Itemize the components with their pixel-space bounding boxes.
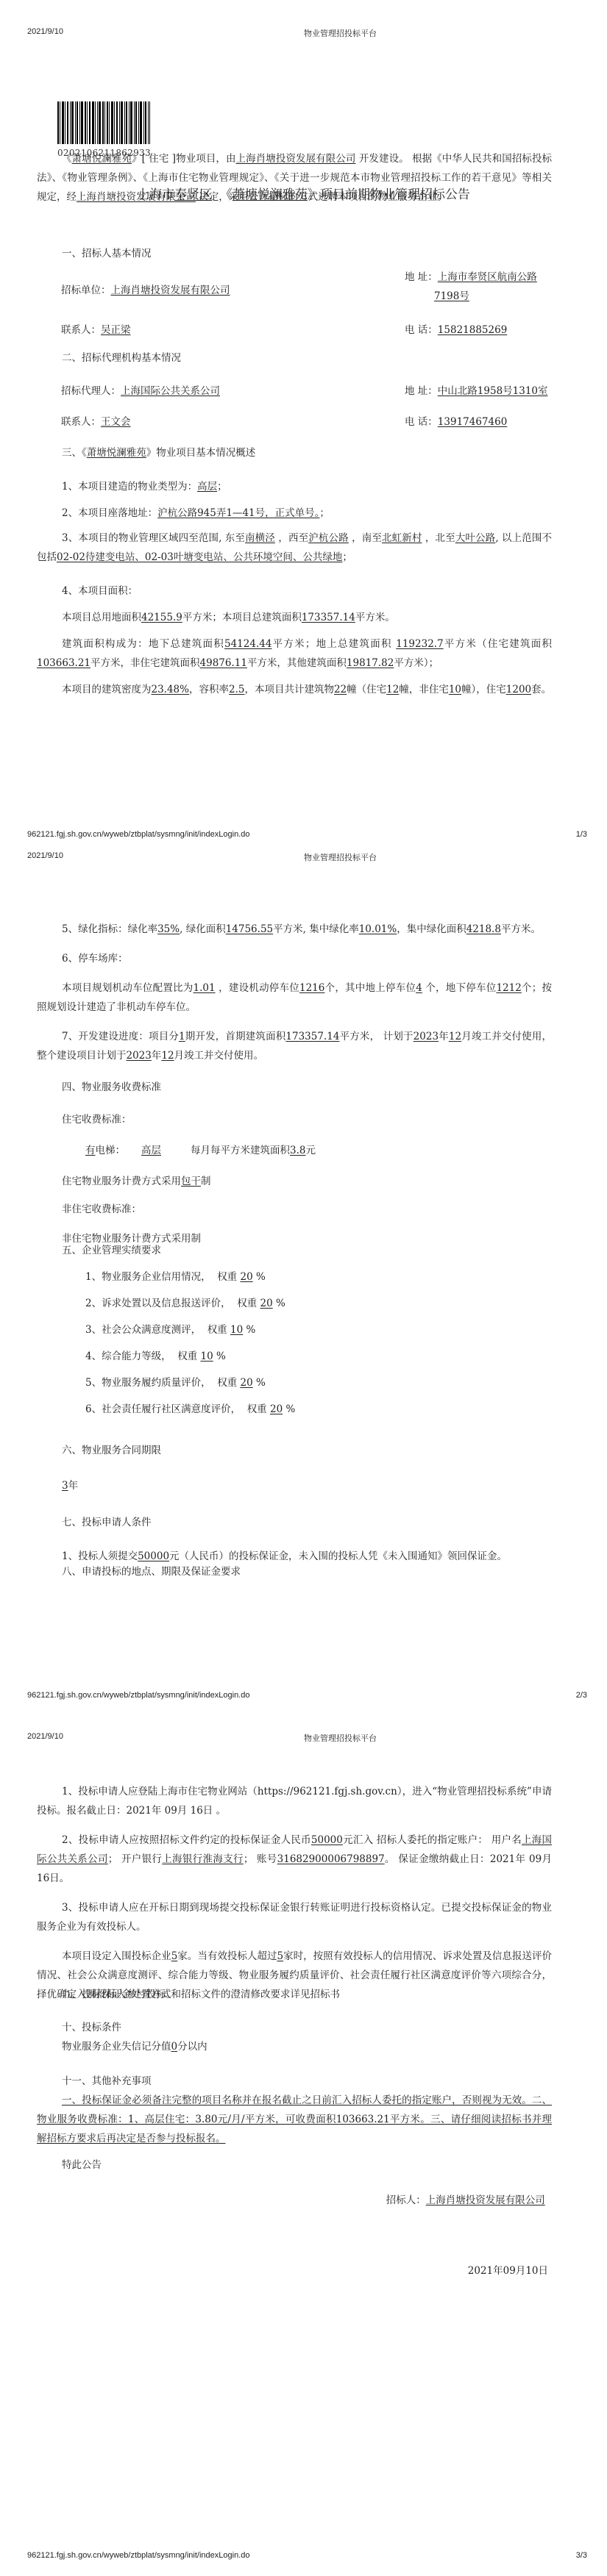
tenderer-contact: 吴正梁 — [101, 324, 131, 336]
performance-weights-list: 1、物业服务企业信用情况， 权重 20 %2、诉求处置以及信息报送评价， 权重 … — [37, 1267, 552, 1419]
closing-tenderer: 招标人：上海肖塘投资发展有限公司 — [37, 2191, 552, 2210]
section1-heading: 一、招标人基本情况 — [37, 244, 552, 263]
section8-heading: 八、申请投标的地点、期限及保证金要求 — [37, 1562, 552, 1581]
contract-term: 3年 — [37, 1476, 552, 1495]
section3: 三、《萧塘悦澜雅苑》物业项目基本情况概述 1、本项目建造的物业类型为：高层； 2… — [37, 443, 552, 699]
print-footer-url: 962121.fgj.sh.gov.cn/wyweb/ztbplat/sysmn… — [27, 830, 249, 839]
tenderer-unit: 上海肖塘投资发展有限公司 — [111, 285, 230, 296]
list-item: 1、物业服务企业信用情况， 权重 20 % — [37, 1267, 552, 1287]
schedule-info: 7、开发建设进度：项目分1期开发，首期建筑面积173357.14平方米， 计划于… — [37, 1027, 552, 1065]
print-header-date: 2021/9/10 — [27, 1732, 63, 1741]
section9-heading: 九、投标保证金处置方式和招标文件的澄清修改要求详见招标书 — [37, 1985, 552, 2004]
list-item: 6、社会责任履行社区满意度评价， 权重 20 % — [37, 1400, 552, 1419]
print-footer-page: 3/3 — [576, 2551, 587, 2560]
section5-heading: 五、企业管理实绩要求 — [37, 1241, 552, 1260]
section8-heading-block: 八、申请投标的地点、期限及保证金要求 — [37, 1562, 552, 1581]
section8: 1、投标申请人应登陆上海市住宅物业网站（https://962121.fgj.s… — [37, 1782, 552, 2004]
print-header-date: 2021/9/10 — [27, 27, 63, 36]
closing-date: 2021年09月10日 — [37, 2261, 552, 2280]
print-footer-page: 2/3 — [576, 1691, 587, 1700]
supplementary-notes: 一、投标保证金必须备注完整的项目名称并在报名截止之日前汇入招标人委托的指定账户，… — [37, 2091, 552, 2148]
intro-paragraph: 《萧塘悦澜雅苑》[ 住宅 ]物业项目，由上海肖塘投资发展有限公司 开发建设。 根… — [37, 149, 552, 207]
tenderer-address: 上海市奉贤区航南公路 — [438, 271, 537, 283]
section9: 九、投标保证金处置方式和招标文件的澄清修改要求详见招标书 — [37, 1985, 552, 2004]
list-item: 4、综合能力等级， 权重 10 % — [37, 1347, 552, 1366]
print-header-title: 物业管理招投标平台 — [304, 27, 377, 39]
parking-info: 本项目规划机动车位配置比为1.01 ，建设机动停车位1216个，其中地上停车位4… — [37, 978, 552, 1017]
agent-address: 中山北路1958号1310室 — [438, 385, 548, 397]
print-footer-url: 962121.fgj.sh.gov.cn/wyweb/ztbplat/sysmn… — [27, 1691, 249, 1700]
application-instructions: 1、投标申请人应登陆上海市住宅物业网站（https://962121.fgj.s… — [37, 1782, 552, 1820]
qualification-requirement: 3、投标申请人应在开标日期到现场提交投标保证金银行转账证明进行投标资格认定。已提… — [37, 1898, 552, 1936]
residential-billing-method: 住宅物业服务计费方式采用包干制 — [37, 1172, 552, 1191]
section2-heading: 二、招标代理机构基本情况 — [37, 348, 552, 368]
print-header-date: 2021/9/10 — [27, 851, 63, 860]
agent-contact-row: 联系人：王文会 电 话：13917467460 — [61, 412, 561, 432]
section3-continued: 5、绿化指标：绿化率35%, 绿化面积14756.55平方米, 集中绿化率10.… — [37, 920, 552, 1065]
density-info: 本项目的建筑密度为23.48%，容积率2.5，本项目共计建筑物22幢（住宅12幢… — [37, 680, 552, 699]
property-boundaries: 3、本项目的物业管理区域四至范围, 东至南横泾 ，西至沪杭公路 ，南至北虹新村 … — [37, 529, 552, 567]
section5: 五、企业管理实绩要求 1、物业服务企业信用情况， 权重 20 %2、诉求处置以及… — [37, 1241, 552, 1419]
property-type: 1、本项目建造的物业类型为：高层； — [37, 477, 552, 496]
deposit-account-info: 2、投标申请人应按照招标文件约定的投标保证金人民币50000元汇入 招标人委托的… — [37, 1831, 552, 1888]
agent-info-row: 招标代理人：上海国际公共关系公司 地 址：中山北路1958号1310室 — [61, 382, 561, 401]
area-totals: 本项目总用地面积42155.9平方米；本项目总建筑面积173357.14平方米。 — [37, 608, 552, 627]
agent-phone: 13917467460 — [438, 416, 507, 428]
agent-name: 上海国际公共关系公司 — [121, 385, 220, 397]
section11: 十一、其他补充事项 一、投标保证金必须备注完整的项目名称并在报名截止之日前汇入招… — [37, 2072, 552, 2148]
closing: 特此公告 招标人：上海肖塘投资发展有限公司 2021年09月10日 — [37, 2155, 552, 2280]
section7-heading: 七、投标申请人条件 — [37, 1513, 552, 1532]
print-footer-page: 1/3 — [576, 830, 587, 839]
section3-heading: 三、《萧塘悦澜雅苑》物业项目基本情况概述 — [37, 443, 552, 462]
property-address: 2、本项目座落地址：沪杭公路945弄1—41号，正式单号。； — [37, 504, 552, 523]
nonresidential-fee-label: 非住宅收费标准： — [37, 1200, 552, 1219]
developer-name: 上海肖塘投资发展有限公司 — [236, 153, 356, 165]
decider-name: 上海肖塘投资发展有限公司 — [77, 191, 196, 203]
area-heading: 4、本项目面积： — [37, 582, 552, 601]
print-header-title: 物业管理招投标平台 — [304, 1732, 377, 1744]
section7: 七、投标申请人条件 1、投标人须提交50000元（人民币）的投标保证金，未入围的… — [37, 1513, 552, 1566]
section11-heading: 十一、其他补充事项 — [37, 2072, 552, 2091]
residential-fee-row: 有电梯：高层每月每平方米建筑面积3.8元 — [37, 1141, 552, 1160]
tenderer-info-row: 招标单位：上海肖塘投资发展有限公司 地 址：上海市奉贤区航南公路7198号 — [61, 273, 561, 318]
section4: 四、物业服务收费标准 住宅收费标准： 有电梯：高层每月每平方米建筑面积3.8元 … — [37, 1078, 552, 1248]
residential-fee-label: 住宅收费标准： — [37, 1110, 552, 1129]
tenderer-contact-row: 联系人：吴正梁 电 话：15821885269 — [61, 321, 561, 340]
list-item: 2、诉求处置以及信息报送评价， 权重 20 % — [37, 1294, 552, 1313]
tenderer-phone: 15821885269 — [438, 324, 507, 336]
list-item: 3、社会公众满意度测评， 权重 10 % — [37, 1320, 552, 1339]
parking-heading: 6、停车场库： — [37, 949, 552, 968]
section6-heading: 六、物业服务合同期限 — [37, 1441, 552, 1460]
section10-heading: 十、投标条件 — [37, 2018, 552, 2037]
agent-contact: 王文会 — [101, 416, 131, 428]
area-composition: 建筑面积构成为：地下总建筑面积54124.44平方米；地上总建筑面积 11923… — [37, 634, 552, 673]
section6: 六、物业服务合同期限 3年 — [37, 1441, 552, 1495]
section10: 十、投标条件 物业服务企业失信记分值0分以内 — [37, 2018, 552, 2056]
section4-heading: 四、物业服务收费标准 — [37, 1078, 552, 1097]
closing-notice: 特此公告 — [37, 2155, 552, 2175]
greening-info: 5、绿化指标：绿化率35%, 绿化面积14756.55平方米, 集中绿化率10.… — [37, 920, 552, 939]
barcode-icon — [57, 101, 150, 144]
print-footer-url: 962121.fgj.sh.gov.cn/wyweb/ztbplat/sysmn… — [27, 2551, 249, 2560]
print-header-title: 物业管理招投标平台 — [304, 851, 377, 863]
list-item: 5、物业服务履约质量评价， 权重 20 % — [37, 1373, 552, 1392]
bid-condition: 物业服务企业失信记分值0分以内 — [37, 2037, 552, 2056]
